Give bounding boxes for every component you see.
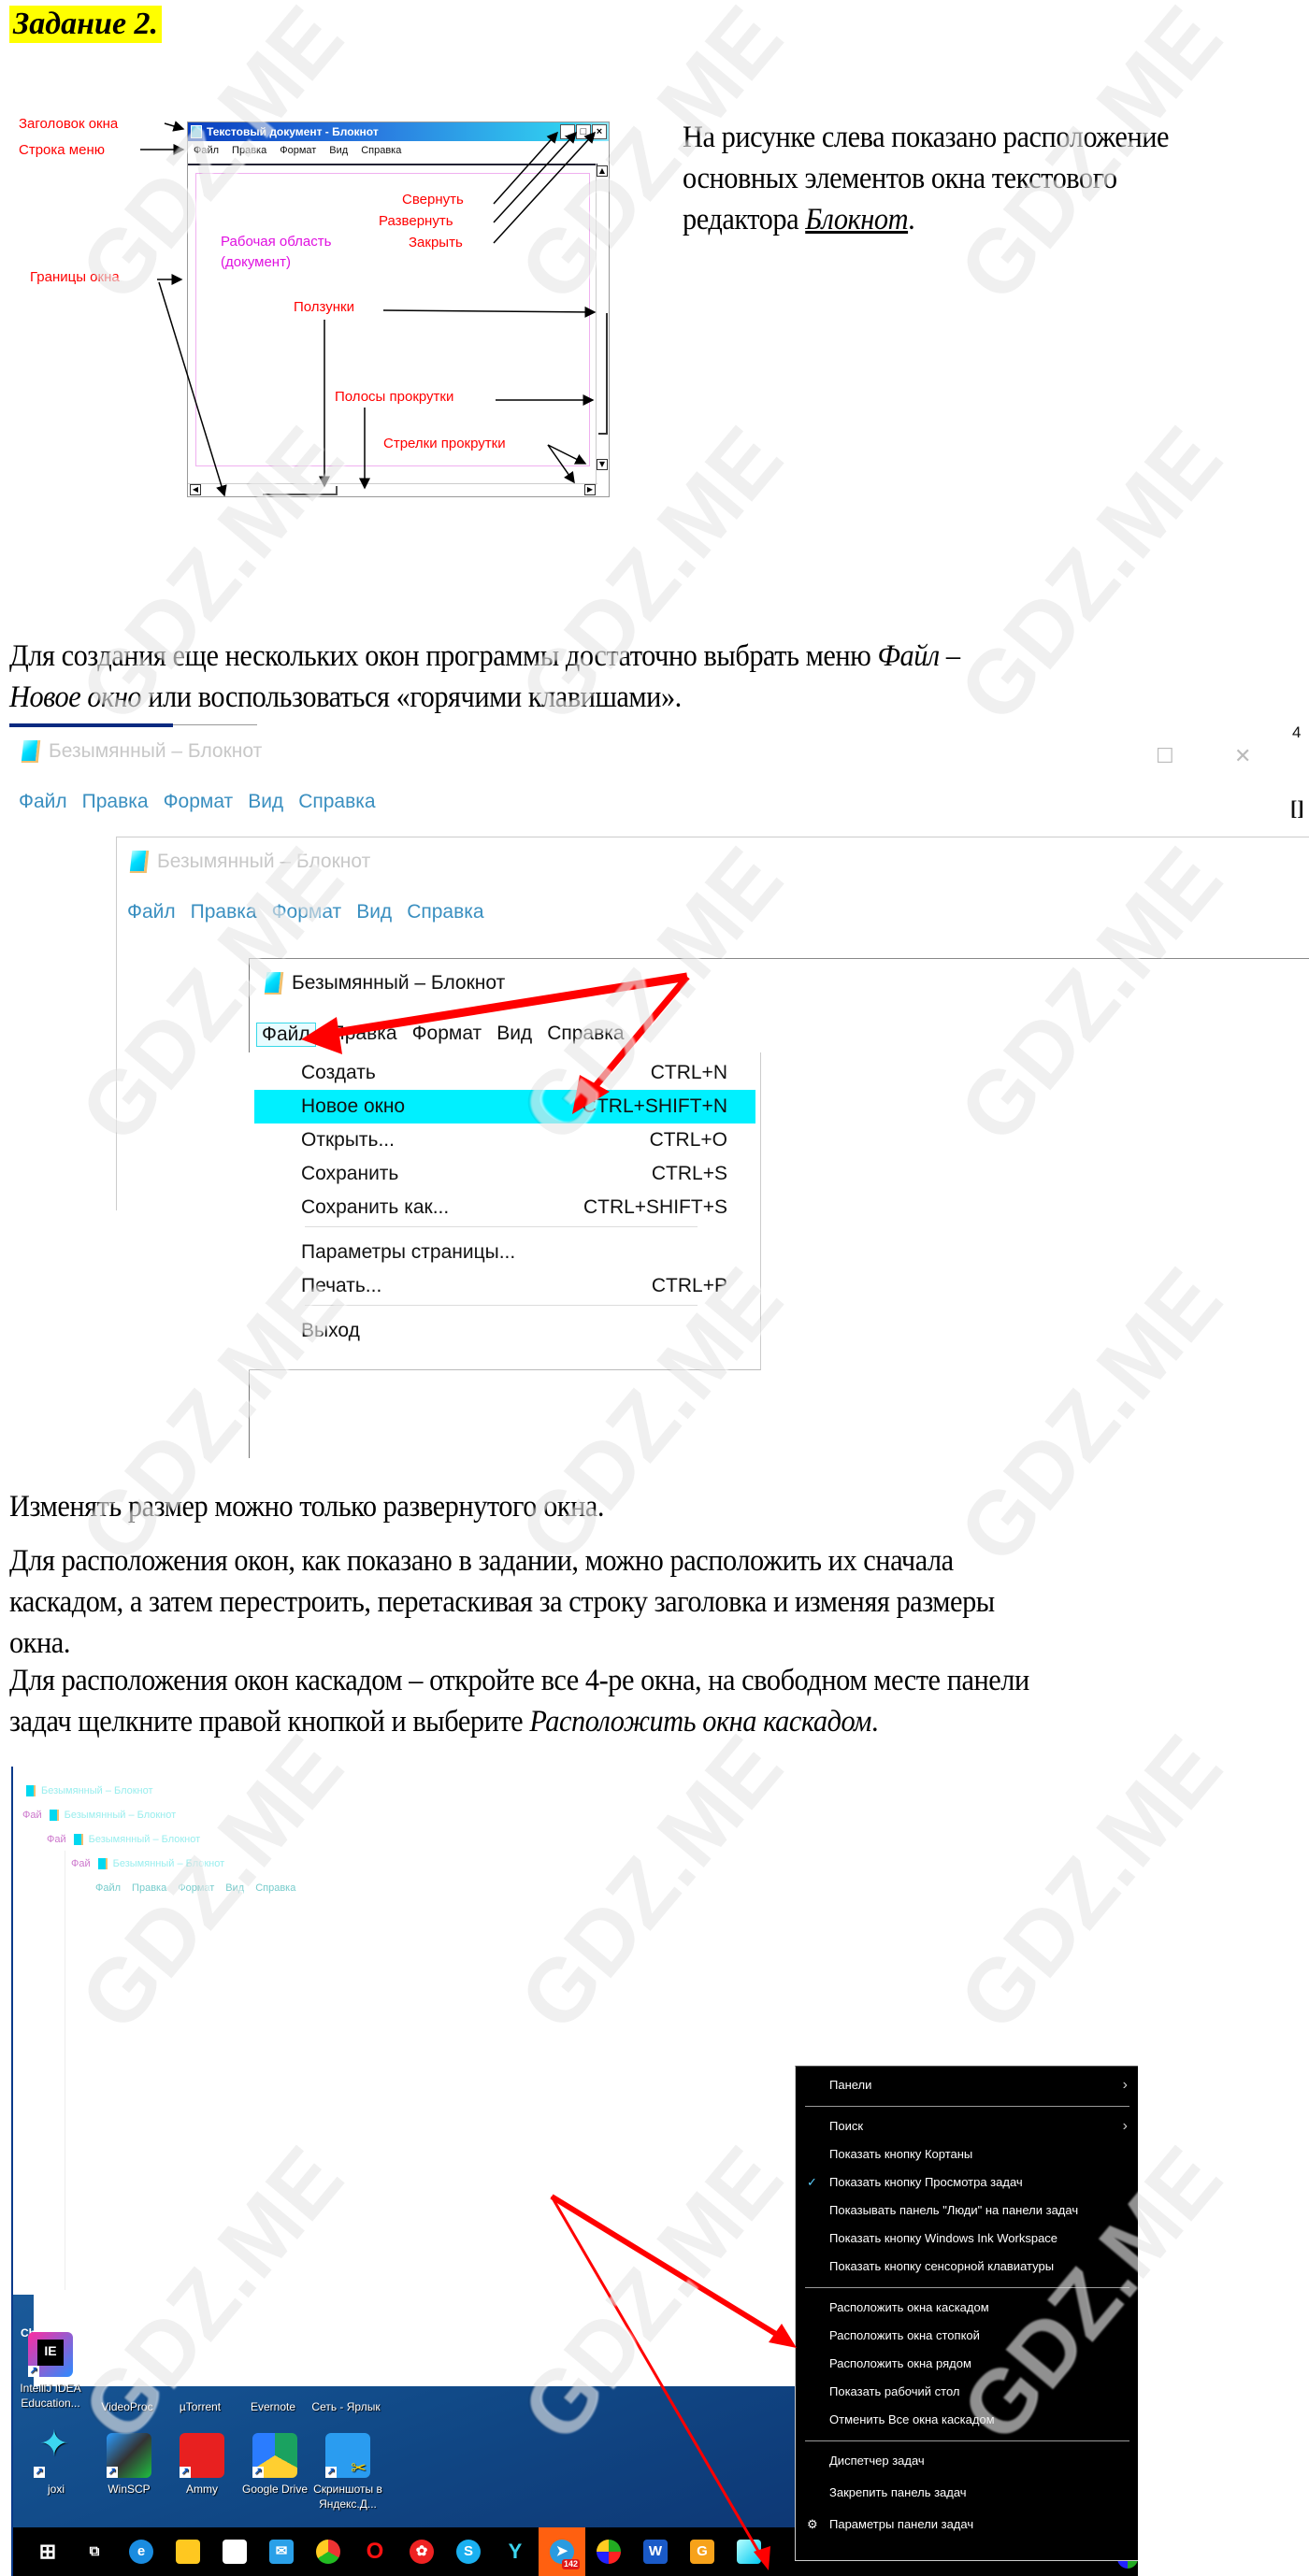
- label-maximize: Развернуть: [379, 213, 453, 229]
- xp-edit-area[interactable]: [188, 164, 597, 472]
- file-menu-item[interactable]: Печать...CTRL+P: [254, 1269, 755, 1303]
- menu-item-label: Сохранить как...: [301, 1191, 449, 1224]
- paragraph-resize: Изменять размер можно только развернутог…: [9, 1486, 604, 1527]
- menu-edit[interactable]: Правка: [82, 791, 149, 813]
- window2-title: Безымянный – Блокнот: [131, 851, 370, 873]
- notepad-italic: Блокнот: [805, 203, 908, 236]
- label-work-area: Рабочая область: [221, 234, 331, 250]
- label-minimize: Свернуть: [402, 192, 464, 208]
- figure-desktop-cascade: Безымянный – Блокнот ФайБезымянный – Бло…: [11, 1767, 1138, 2576]
- menu-file[interactable]: Файл: [127, 901, 176, 923]
- scroll-right-arrow-icon[interactable]: ▶: [584, 484, 596, 495]
- menu-item-label: Выход: [301, 1314, 360, 1348]
- notepad-icon: [130, 851, 150, 873]
- desc-line-3: редактора Блокнот.: [683, 199, 1250, 240]
- menu-item-label: Сохранить: [301, 1157, 398, 1191]
- menu-format[interactable]: Формат: [164, 791, 234, 813]
- vertical-scrollbar[interactable]: ▲ ▼: [596, 164, 609, 485]
- menu-edit[interactable]: Правка: [232, 145, 266, 156]
- scroll-left-arrow-icon[interactable]: ◀: [190, 484, 201, 495]
- menu-file[interactable]: Файл: [194, 145, 219, 156]
- menu-file[interactable]: Файл: [19, 791, 67, 813]
- menu-separator: [305, 1226, 698, 1227]
- menu-help[interactable]: Справка: [298, 791, 375, 813]
- red-annotation-arrows: [13, 1767, 1138, 2576]
- file-menu-item[interactable]: Выход: [254, 1314, 755, 1348]
- close-icon[interactable]: ✕: [1234, 744, 1251, 768]
- figure-xp-notepad-diagram: Текстовый документ - Блокнот _ □ × Файл …: [0, 103, 654, 514]
- label-menu-bar: Строка меню: [19, 142, 105, 158]
- xp-title-bar: Текстовый документ - Блокнот _ □ ×: [188, 122, 609, 141]
- window1-title: Безымянный – Блокнот: [22, 740, 262, 763]
- vertical-scroll-thumb[interactable]: [598, 313, 608, 435]
- file-menu-item[interactable]: Параметры страницы...: [254, 1236, 755, 1269]
- menu-format[interactable]: Формат: [280, 145, 316, 156]
- scroll-down-arrow-icon[interactable]: ▼: [597, 459, 608, 470]
- menu-format[interactable]: Формат: [272, 901, 342, 923]
- menu-edit[interactable]: Правка: [191, 901, 257, 923]
- label-work-area-doc: (документ): [221, 254, 291, 270]
- desc-line-1: На рисунке слева показано расположение: [683, 117, 1250, 158]
- file-menu-item[interactable]: Сохранить как...CTRL+SHIFT+S: [254, 1191, 755, 1224]
- close-button[interactable]: ×: [592, 124, 607, 139]
- xp-window-title: Текстовый документ - Блокнот: [207, 125, 379, 138]
- notepad-icon: [22, 740, 41, 763]
- paragraph-new-window: Для создания еще нескольких окон програм…: [9, 636, 1043, 718]
- window2-menu-bar: Файл Правка Формат Вид Справка: [127, 901, 484, 923]
- desc-line-2: основных элементов окна текстового: [683, 158, 1250, 199]
- menu-view[interactable]: Вид: [356, 901, 392, 923]
- menu-item-label: Печать...: [301, 1269, 381, 1303]
- menu-item-label: Параметры страницы...: [301, 1236, 515, 1269]
- side-number: 4: [1292, 723, 1301, 742]
- label-close: Закрыть: [409, 235, 463, 250]
- menu-help[interactable]: Справка: [361, 145, 401, 156]
- menu-item-shortcut: CTRL+S: [652, 1157, 727, 1191]
- red-annotation-arrows: [0, 935, 1309, 1140]
- scroll-up-arrow-icon[interactable]: ▲: [597, 165, 608, 177]
- maximize-button[interactable]: ☐: [1156, 744, 1174, 768]
- minimize-button[interactable]: _: [560, 124, 575, 139]
- paragraph-cascade: Для расположения окон каскадом – откройт…: [9, 1660, 1118, 1742]
- label-scrollbars: Полосы прокрутки: [335, 389, 453, 405]
- window1-menu-bar: Файл Правка Формат Вид Справка: [19, 791, 376, 813]
- paragraph-arrangement: Для расположения окон, как показано в за…: [9, 1540, 1080, 1664]
- file-menu-item[interactable]: СохранитьCTRL+S: [254, 1157, 755, 1191]
- side-bracket: []: [1290, 796, 1304, 821]
- notepad-icon: [191, 125, 202, 138]
- label-sliders: Ползунки: [294, 299, 354, 315]
- menu-item-shortcut: CTRL+P: [652, 1269, 727, 1303]
- maximize-button[interactable]: □: [576, 124, 591, 139]
- menu-item-shortcut: CTRL+SHIFT+S: [583, 1191, 727, 1224]
- figure1-description: На рисунке слева показано расположение о…: [683, 117, 1300, 240]
- label-borders: Границы окна: [30, 269, 120, 285]
- menu-view[interactable]: Вид: [248, 791, 283, 813]
- menu-help[interactable]: Справка: [407, 901, 483, 923]
- horizontal-scrollbar[interactable]: ◀ ▶: [188, 483, 597, 496]
- menu-view[interactable]: Вид: [329, 145, 348, 156]
- task-title: Задание 2.: [9, 6, 162, 43]
- decorative-line: [9, 723, 173, 727]
- label-title-bar: Заголовок окна: [19, 116, 118, 132]
- menu-separator: [305, 1305, 698, 1306]
- label-scroll-arrows: Стрелки прокрутки: [383, 436, 506, 451]
- xp-menu-bar: Файл Правка Формат Вид Справка: [194, 145, 401, 156]
- horizontal-scroll-thumb[interactable]: [263, 486, 338, 495]
